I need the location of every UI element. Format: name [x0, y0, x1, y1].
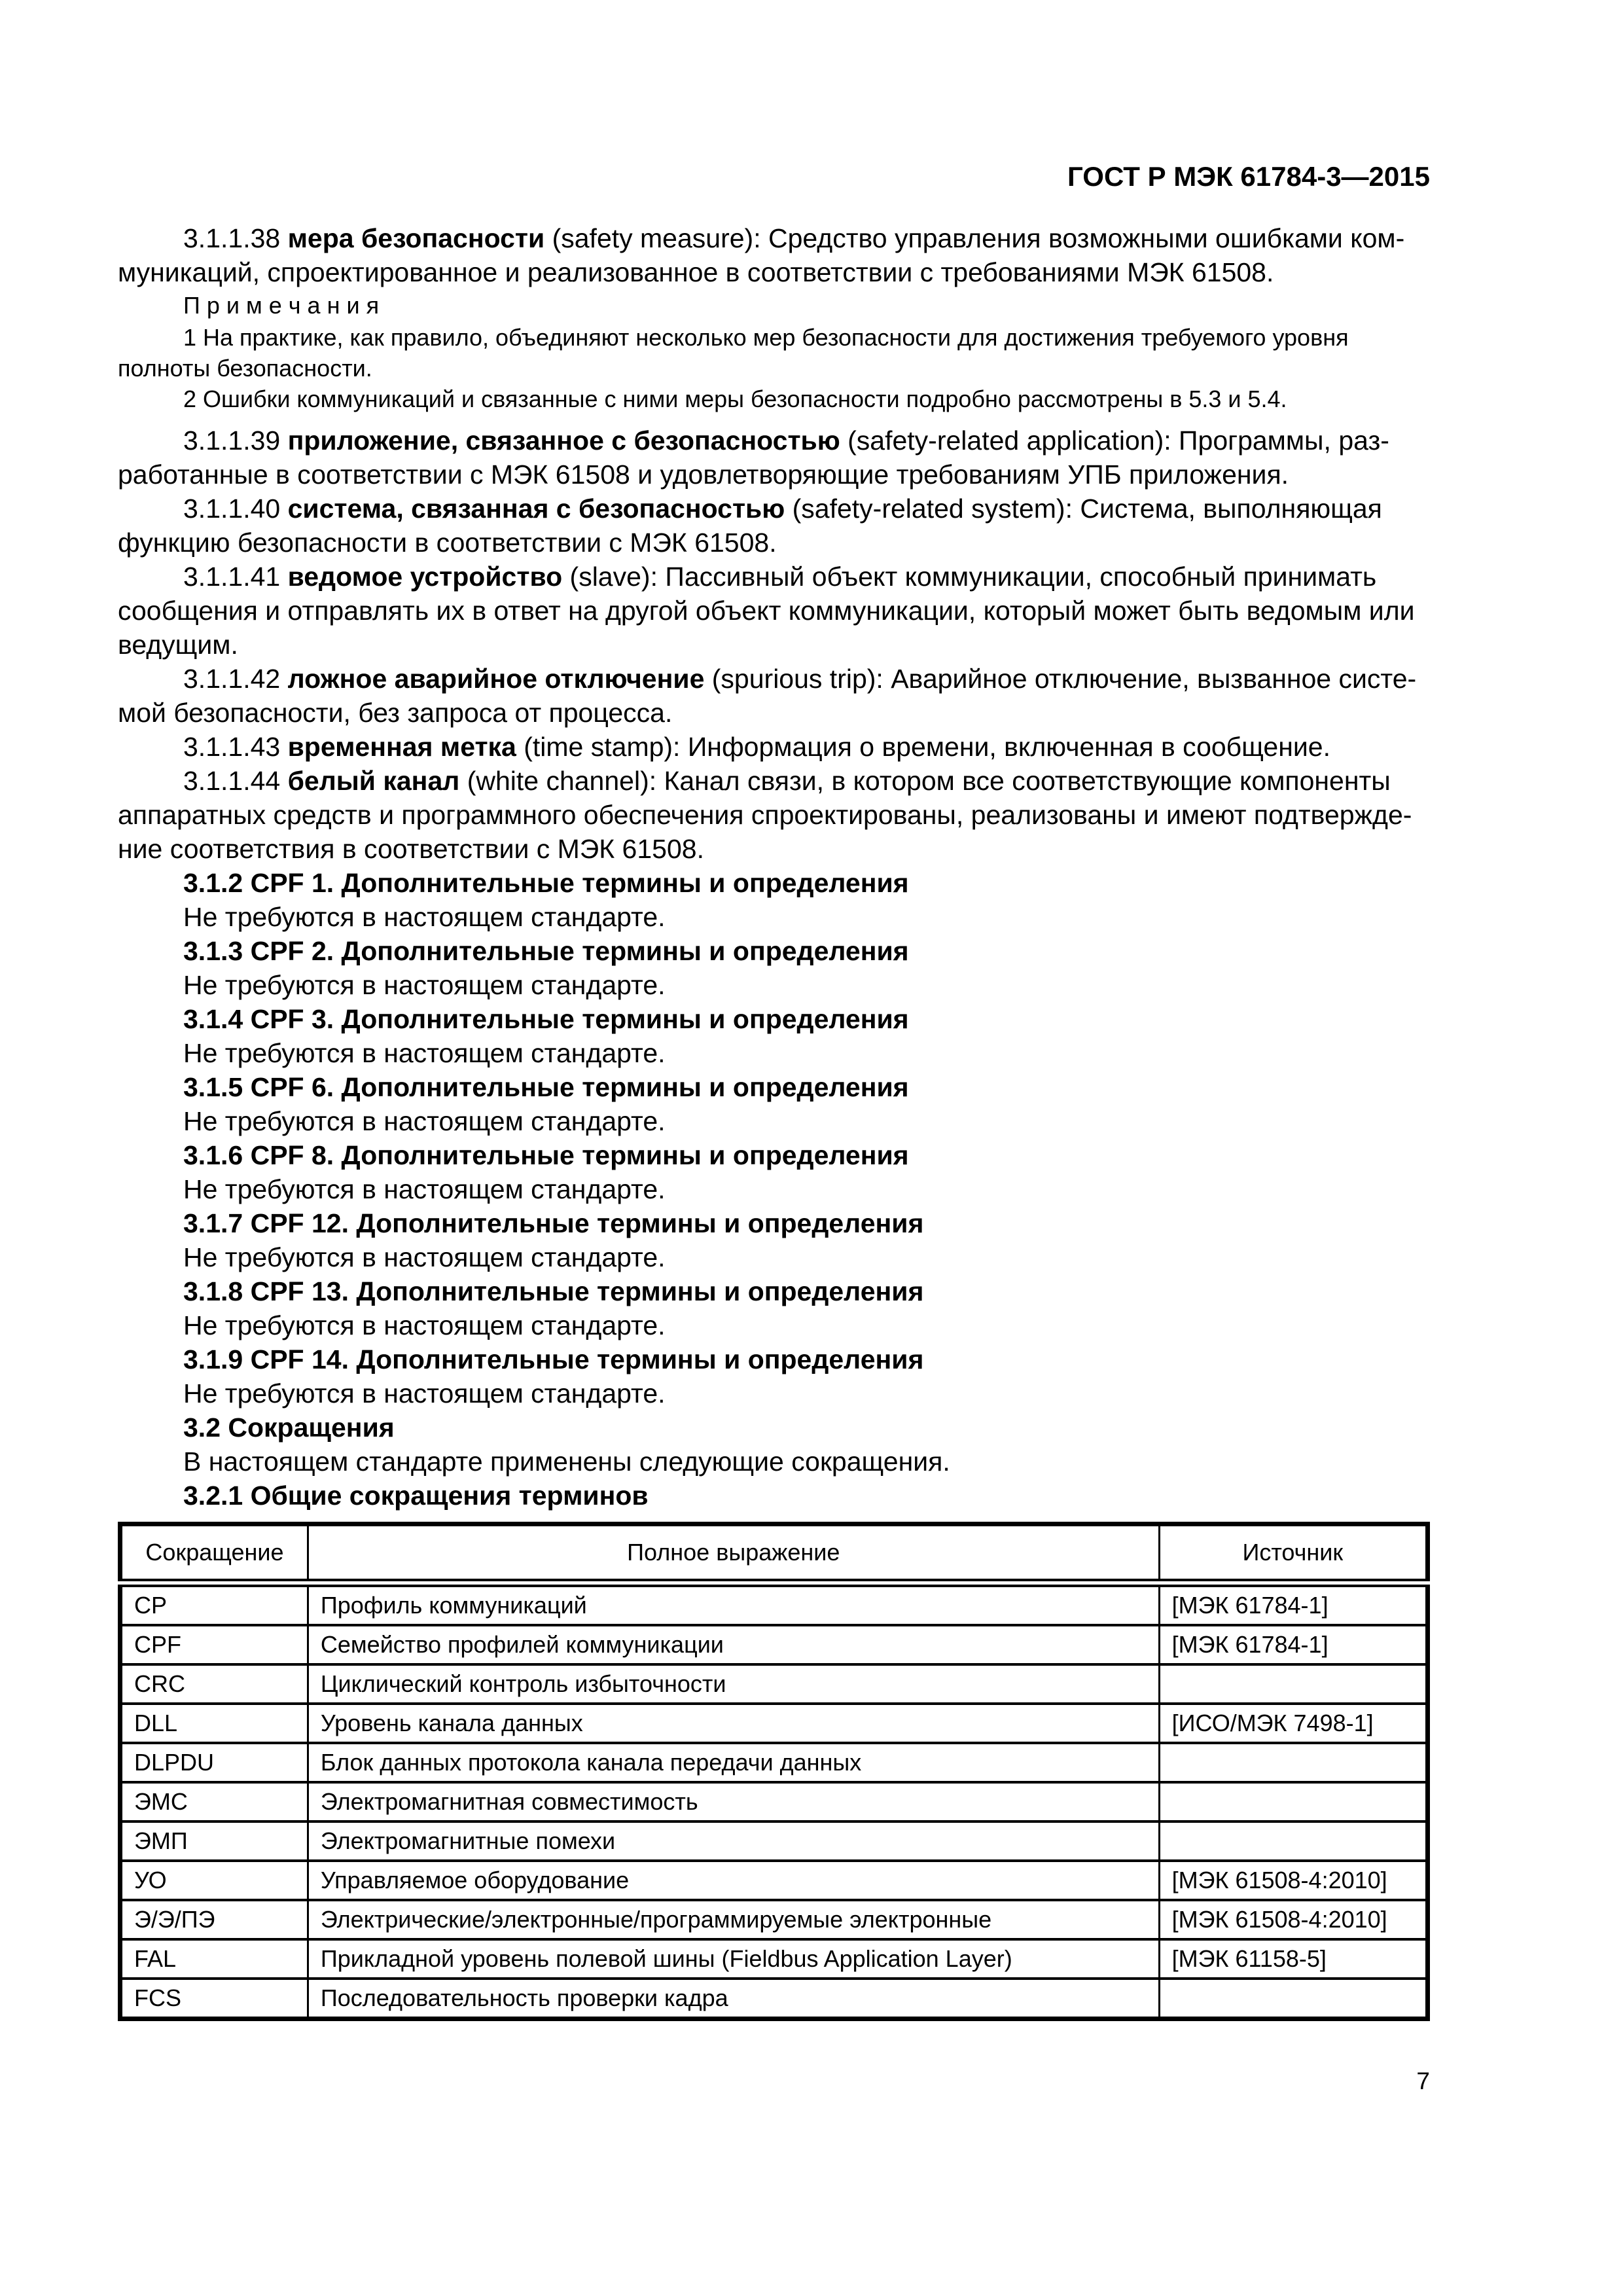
note-2: 2 Ошибки коммуникаций и связанные с ними… [118, 384, 1430, 414]
term-3-1-1-40: 3.1.1.40 система, связанная с безопаснос… [118, 492, 1430, 560]
cell-abbreviation: FAL [120, 1939, 308, 1979]
abbreviation-table-wrap: Сокращение Полное выражение Источник CPП… [118, 1522, 1430, 2021]
not-required-text: Не требуются в настоящем стандарте. [118, 1240, 1430, 1274]
table-row: ЭМПЭлектромагнитные помехи [120, 1821, 1428, 1861]
document-page: { "page": { "header_right": "ГОСТ Р МЭК … [0, 0, 1623, 2296]
cell-source [1159, 1664, 1427, 1704]
cell-source [1159, 1979, 1427, 2019]
not-required-text: Не требуются в настоящем стандарте. [118, 900, 1430, 934]
cell-abbreviation: CP [120, 1583, 308, 1626]
column-header-abbreviation: Сокращение [120, 1524, 308, 1583]
cell-source: [МЭК 61508-4:2010] [1159, 1861, 1427, 1900]
cell-full-expression: Профиль коммуникаций [308, 1583, 1159, 1626]
text: Не требуются в настоящем стандарте. [183, 1242, 666, 1272]
bold-text: 3.1.5 CPF 6. Дополнительные термины и оп… [183, 1072, 909, 1102]
term-3-1-1-39: 3.1.1.39 приложение, связанное с безопас… [118, 423, 1430, 492]
text: Не требуются в настоящем стандарте. [183, 1174, 666, 1204]
bold-text: приложение, связанное с безопасностью [288, 425, 840, 456]
table-row: CRCЦиклический контроль избыточности [120, 1664, 1428, 1704]
bold-text: мера безопасности [288, 223, 545, 253]
cell-source: [ИСО/МЭК 7498-1] [1159, 1704, 1427, 1743]
text: 3.1.1.41 [183, 562, 288, 592]
bold-text: 3.2.1 Общие сокращения терминов [183, 1480, 649, 1511]
cell-full-expression: Блок данных протокола канала передачи да… [308, 1743, 1159, 1782]
term-3-1-1-41: 3.1.1.41 ведомое устройство (slave): Пас… [118, 560, 1430, 662]
cell-source [1159, 1782, 1427, 1821]
running-header-document-code: ГОСТ Р МЭК 61784-3—2015 [118, 162, 1430, 191]
bold-text: 3.1.9 CPF 14. Дополнительные термины и о… [183, 1344, 923, 1374]
text: 3.1.1.38 [183, 223, 288, 253]
cell-source: [МЭК 61508-4:2010] [1159, 1900, 1427, 1939]
bold-text: 3.2 Сокращения [183, 1412, 395, 1443]
text: Не требуются в настоящем стандарте. [183, 1378, 666, 1408]
term-3-1-1-44: 3.1.1.44 белый канал (white channel): Ка… [118, 764, 1430, 866]
text: В настоящем стандарте применены следующи… [183, 1446, 950, 1477]
cell-abbreviation: УО [120, 1861, 308, 1900]
bold-text: система, связанная с безопасностью [288, 493, 785, 524]
table-row: CPFСемейство профилей коммуникации[МЭК 6… [120, 1625, 1428, 1664]
heading-3-1-2: 3.1.2 CPF 1. Дополнительные термины и оп… [118, 866, 1430, 900]
not-required-text: Не требуются в настоящем стандарте. [118, 1036, 1430, 1070]
heading-3-1-4: 3.1.4 CPF 3. Дополнительные термины и оп… [118, 1002, 1430, 1036]
bold-text: ложное аварийное отключение [288, 664, 705, 694]
bold-text: 3.1.3 CPF 2. Дополнительные термины и оп… [183, 936, 909, 966]
cell-abbreviation: ЭМП [120, 1821, 308, 1861]
cell-abbreviation: ЭМС [120, 1782, 308, 1821]
cell-full-expression: Электромагнитная совместимость [308, 1782, 1159, 1821]
cell-full-expression: Электромагнитные помехи [308, 1821, 1159, 1861]
cell-source [1159, 1821, 1427, 1861]
text: Не требуются в настоящем стандарте. [183, 902, 666, 932]
text: Не требуются в настоящем стандарте. [183, 1310, 666, 1340]
text: П р и м е ч а н и я [183, 292, 379, 319]
heading-3-1-8: 3.1.8 CPF 13. Дополнительные термины и о… [118, 1274, 1430, 1308]
table-row: Э/Э/ПЭЭлектрические/электронные/программ… [120, 1900, 1428, 1939]
page-number: 7 [1416, 2068, 1430, 2094]
bold-text: 3.1.2 CPF 1. Дополнительные термины и оп… [183, 868, 909, 898]
table-row: FALПрикладной уровень полевой шины (Fiel… [120, 1939, 1428, 1979]
text: Не требуются в настоящем стандарте. [183, 1038, 666, 1068]
bold-text: 3.1.8 CPF 13. Дополнительные термины и о… [183, 1276, 923, 1306]
bold-text: 3.1.7 CPF 12. Дополнительные термины и о… [183, 1208, 923, 1238]
text: 3.1.1.44 [183, 766, 288, 796]
not-required-text: Не требуются в настоящем стандарте. [118, 1308, 1430, 1342]
text: 3.1.1.43 [183, 732, 288, 762]
cell-source: [МЭК 61784-1] [1159, 1583, 1427, 1626]
text: Не требуются в настоящем стандарте. [183, 1106, 666, 1136]
text: 2 Ошибки коммуникаций и связанные с ними… [183, 386, 1287, 412]
abbreviation-table-body: CPПрофиль коммуникаций[МЭК 61784-1]CPFСе… [120, 1583, 1428, 2019]
not-required-text: Не требуются в настоящем стандарте. [118, 1376, 1430, 1410]
column-header-source: Источник [1159, 1524, 1427, 1583]
heading-3-2: 3.2 Сокращения [118, 1410, 1430, 1444]
document-body: 3.1.1.38 мера безопасности (safety measu… [118, 221, 1430, 1513]
bold-text: 3.1.6 CPF 8. Дополнительные термины и оп… [183, 1140, 909, 1170]
heading-3-1-6: 3.1.6 CPF 8. Дополнительные термины и оп… [118, 1138, 1430, 1172]
term-3-1-1-42: 3.1.1.42 ложное аварийное отключение (sp… [118, 662, 1430, 730]
cell-abbreviation: DLL [120, 1704, 308, 1743]
table-header-row: Сокращение Полное выражение Источник [120, 1524, 1428, 1583]
heading-3-1-9: 3.1.9 CPF 14. Дополнительные термины и о… [118, 1342, 1430, 1376]
table-row: FCSПоследовательность проверки кадра [120, 1979, 1428, 2019]
column-header-full-expression: Полное выражение [308, 1524, 1159, 1583]
cell-full-expression: Последовательность проверки кадра [308, 1979, 1159, 2019]
notes-label: П р и м е ч а н и я [118, 289, 1430, 322]
not-required-text: Не требуются в настоящем стандарте. [118, 1172, 1430, 1206]
text: Не требуются в настоящем стандарте. [183, 970, 666, 1000]
term-3-1-1-38: 3.1.1.38 мера безопасности (safety measu… [118, 221, 1430, 289]
bold-text: белый канал [288, 766, 460, 796]
bold-text: 3.1.4 CPF 3. Дополнительные термины и оп… [183, 1004, 909, 1034]
table-row: DLPDUБлок данных протокола канала переда… [120, 1743, 1428, 1782]
heading-3-1-3: 3.1.3 CPF 2. Дополнительные термины и оп… [118, 934, 1430, 968]
cell-source: [МЭК 61784-1] [1159, 1625, 1427, 1664]
term-3-1-1-43: 3.1.1.43 временная метка (time stamp): И… [118, 730, 1430, 764]
not-required-text: Не требуются в настоящем стандарте. [118, 968, 1430, 1002]
cell-abbreviation: FCS [120, 1979, 308, 2019]
text: (time stamp): Информация о времени, вклю… [516, 732, 1330, 762]
cell-full-expression: Электрические/электронные/программируемы… [308, 1900, 1159, 1939]
cell-abbreviation: DLPDU [120, 1743, 308, 1782]
text: 3.1.1.40 [183, 493, 288, 524]
heading-3-1-7: 3.1.7 CPF 12. Дополнительные термины и о… [118, 1206, 1430, 1240]
cell-source: [МЭК 61158-5] [1159, 1939, 1427, 1979]
cell-source [1159, 1743, 1427, 1782]
text: 1 На практике, как правило, объединяют н… [118, 324, 1349, 382]
table-row: УОУправляемое оборудование[МЭК 61508-4:2… [120, 1861, 1428, 1900]
table-row: ЭМСЭлектромагнитная совместимость [120, 1782, 1428, 1821]
table-row: DLLУровень канала данных[ИСО/МЭК 7498-1] [120, 1704, 1428, 1743]
not-required-text: Не требуются в настоящем стандарте. [118, 1104, 1430, 1138]
cell-abbreviation: CRC [120, 1664, 308, 1704]
cell-full-expression: Уровень канала данных [308, 1704, 1159, 1743]
note-1: 1 На практике, как правило, объединяют н… [118, 322, 1430, 384]
bold-text: временная метка [288, 732, 516, 762]
text: 3.1.1.42 [183, 664, 288, 694]
cell-full-expression: Циклический контроль избыточности [308, 1664, 1159, 1704]
bold-text: ведомое устройство [288, 562, 563, 592]
cell-full-expression: Прикладной уровень полевой шины (Fieldbu… [308, 1939, 1159, 1979]
section-3-2-intro: В настоящем стандарте применены следующи… [118, 1444, 1430, 1479]
cell-abbreviation: CPF [120, 1625, 308, 1664]
abbreviation-table: Сокращение Полное выражение Источник CPП… [118, 1522, 1430, 2021]
cell-full-expression: Семейство профилей коммуникации [308, 1625, 1159, 1664]
heading-3-1-5: 3.1.5 CPF 6. Дополнительные термины и оп… [118, 1070, 1430, 1104]
text: 3.1.1.39 [183, 425, 288, 456]
cell-full-expression: Управляемое оборудование [308, 1861, 1159, 1900]
heading-3-2-1: 3.2.1 Общие сокращения терминов [118, 1479, 1430, 1513]
cell-abbreviation: Э/Э/ПЭ [120, 1900, 308, 1939]
table-row: CPПрофиль коммуникаций[МЭК 61784-1] [120, 1583, 1428, 1626]
